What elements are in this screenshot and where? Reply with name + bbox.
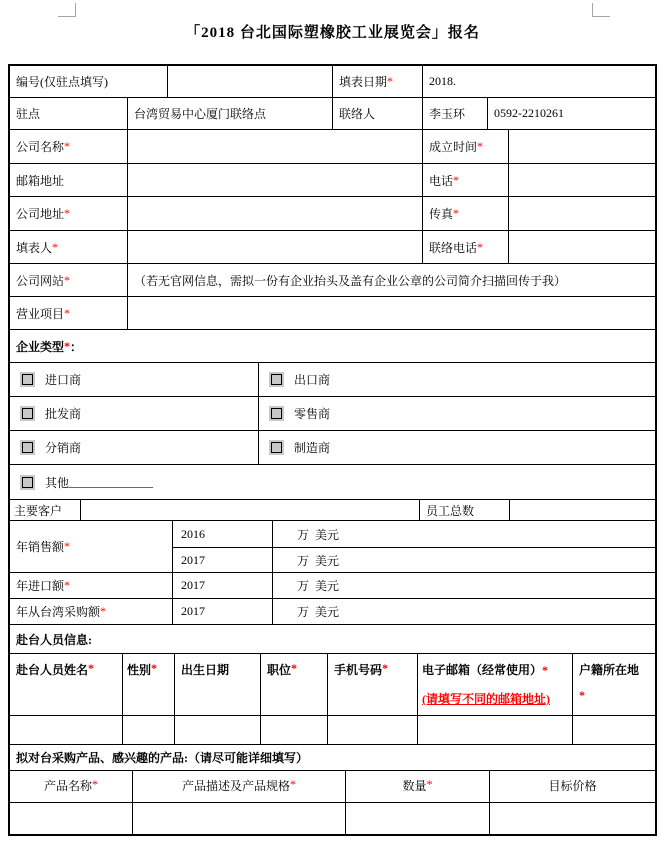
sales-2016-year-cell: 2016 [172, 521, 272, 547]
checkbox-icon [22, 477, 33, 488]
founded-input-cell[interactable] [508, 130, 655, 163]
section-label: 赴台人员信息: [16, 631, 92, 648]
option-manufacturer-cell: 制造商 [258, 431, 655, 464]
option-label: 零售商 [294, 405, 330, 422]
date-input-cell[interactable]: 2018. [422, 66, 655, 97]
header-cell-gender: 性别* [122, 654, 174, 715]
column-header: 产品描述及产品规格 [182, 777, 290, 794]
field-label: 年销售额 [16, 538, 64, 555]
serial-input-cell[interactable] [167, 66, 332, 97]
phone-label-cell: 电话* [422, 164, 508, 196]
filler-input-cell[interactable] [127, 231, 422, 263]
position-input-cell[interactable] [260, 716, 327, 744]
row-address: 公司地址* 传真* [10, 196, 655, 230]
required-asterisk: * [427, 777, 433, 792]
option-importer-cell: 进口商 [10, 363, 258, 396]
email-input-cell[interactable] [127, 164, 422, 196]
option-label: 制造商 [294, 439, 330, 456]
row-annual-sales: 年销售额* 2016 万 美元 2017 万 美元 [10, 520, 655, 572]
station-value: 台湾贸易中心厦门联络点 [134, 105, 266, 122]
website-input-cell[interactable]: （若无官网信息，需拟一份有企业抬头及盖有企业公章的公司简介扫描回传于我） [127, 264, 655, 296]
field-label: 公司网站 [16, 272, 64, 289]
checkbox-wholesaler[interactable] [20, 406, 35, 421]
sales-2017-year-cell: 2017 [172, 548, 272, 572]
station-label: 驻点 [16, 105, 40, 122]
date-value: 2018. [429, 74, 456, 89]
option-label: 分销商 [45, 439, 81, 456]
row-type-1: 进口商 出口商 [10, 362, 655, 396]
year-label: 2017 [181, 553, 205, 568]
column-header: 赴台人员姓名 [16, 661, 88, 678]
fax-input-cell[interactable] [508, 197, 655, 230]
required-asterisk: * [88, 661, 94, 676]
serial-label-cell: 编号(仅驻点填写) [10, 66, 167, 97]
birthdate-input-cell[interactable] [174, 716, 260, 744]
option-distributor-cell: 分销商 [10, 431, 258, 464]
checkbox-icon [271, 374, 282, 385]
filler-label-cell: 填表人* [10, 231, 127, 263]
field-label: 营业项目 [16, 305, 64, 322]
traveler-name-input-cell[interactable] [10, 716, 122, 744]
taiwan-label-cell: 年从台湾采购额* [10, 599, 172, 624]
margin-mark-top-left [58, 3, 76, 17]
header-cell-quantity: 数量* [345, 771, 489, 802]
contact-tel-label-cell: 联络电话* [422, 231, 508, 263]
field-label: 电话 [429, 172, 453, 189]
required-asterisk: * [64, 306, 70, 321]
section-colon: ： [70, 338, 82, 355]
row-personnel-title: 赴台人员信息: [10, 624, 655, 653]
field-label: 主要客户 [14, 502, 62, 519]
other-fill-line[interactable]: ______________ [69, 475, 153, 490]
column-header: 出生日期 [181, 661, 229, 678]
section-label: 拟对台采购产品、感兴趣的产品:（请尽可能详细填写） [16, 749, 308, 766]
row-business: 营业项目* [10, 296, 655, 329]
checkbox-exporter[interactable] [269, 372, 284, 387]
row-products-title: 拟对台采购产品、感兴趣的产品:（请尽可能详细填写） [10, 744, 655, 770]
required-asterisk: * [542, 663, 548, 677]
imports-label-cell: 年进口额* [10, 573, 172, 598]
field-label: 年从台湾采购额 [16, 603, 100, 620]
date-label-cell: 填表日期* [332, 66, 422, 97]
unit-label: 万 美元 [297, 552, 339, 569]
residence-input-cell[interactable] [572, 716, 655, 744]
required-asterisk: * [64, 578, 70, 593]
contact-tel-input-cell[interactable] [508, 231, 655, 263]
column-header: 目标价格 [548, 777, 596, 794]
address-input-cell[interactable] [127, 197, 422, 230]
checkbox-other[interactable] [20, 475, 35, 490]
year-label: 2017 [181, 604, 205, 619]
field-label: 成立时间 [429, 138, 477, 155]
contact-phone: 0592-2210261 [494, 106, 564, 121]
field-label: 年进口额 [16, 577, 64, 594]
contact-phone-cell: 0592-2210261 [487, 98, 655, 129]
station-label-cell: 驻点 [10, 98, 127, 129]
required-asterisk: * [64, 206, 70, 221]
products-title-cell: 拟对台采购产品、感兴趣的产品:（请尽可能详细填写） [10, 745, 655, 770]
required-asterisk: * [290, 777, 296, 792]
option-exporter-cell: 出口商 [258, 363, 655, 396]
imports-year-cell: 2017 [172, 573, 272, 598]
address-label-cell: 公司地址* [10, 197, 127, 230]
checkbox-importer[interactable] [20, 372, 35, 387]
header-cell-email: 电子邮箱（经常使用）* (请填写不同的邮箱地址) [417, 654, 572, 715]
row-station-contact: 驻点 台湾贸易中心厦门联络点 联络人 李玉环 0592-2210261 [10, 97, 655, 129]
field-label: 邮箱地址 [16, 172, 64, 189]
column-header: 手机号码 [334, 661, 382, 678]
field-label: 公司名称 [16, 138, 64, 155]
unit-label: 万 美元 [297, 577, 339, 594]
row-website: 公司网站* （若无官网信息，需拟一份有企业抬头及盖有企业公章的公司简介扫描回传于… [10, 263, 655, 296]
company-type-header-cell: 企业类型*： [10, 330, 655, 362]
staff-input-cell[interactable] [509, 500, 655, 520]
contact-label-cell: 联络人 [332, 98, 422, 129]
business-input-cell[interactable] [127, 297, 655, 329]
email-input-cell-2[interactable] [417, 716, 572, 744]
header-cell-product-spec: 产品描述及产品规格* [132, 771, 345, 802]
product-spec-input-cell[interactable] [132, 803, 345, 834]
row-email: 邮箱地址 电话* [10, 163, 655, 196]
header-cell-position: 职位* [260, 654, 327, 715]
column-header: 电子邮箱（经常使用） [422, 663, 542, 677]
option-label: 进口商 [45, 371, 81, 388]
taiwan-year-cell: 2017 [172, 599, 272, 624]
sales-2017-row: 2017 万 美元 [172, 547, 655, 572]
row-taiwan-purchases: 年从台湾采购额* 2017 万 美元 [10, 598, 655, 624]
fax-label-cell: 传真* [422, 197, 508, 230]
field-label: 填表人 [16, 239, 52, 256]
email-note: (请填写不同的邮箱地址) [422, 690, 550, 707]
required-asterisk: * [52, 240, 58, 255]
business-label-cell: 营业项目* [10, 297, 127, 329]
unit-label: 万 美元 [297, 603, 339, 620]
sales-2017-amount-cell[interactable]: 万 美元 [272, 548, 655, 572]
sales-2016-amount-cell[interactable]: 万 美元 [272, 521, 655, 547]
date-label: 填表日期 [339, 73, 387, 90]
sales-2016-row: 2016 万 美元 [172, 521, 655, 547]
checkbox-distributor[interactable] [20, 440, 35, 455]
section-label: 企业类型 [16, 338, 64, 355]
website-note: （若无官网信息，需拟一份有企业抬头及盖有企业公章的公司简介扫描回传于我） [134, 272, 566, 289]
row-products-data [10, 802, 655, 834]
checkbox-retailer[interactable] [269, 406, 284, 421]
row-company-name: 公司名称* 成立时间* [10, 129, 655, 163]
column-header: 数量 [402, 777, 426, 794]
column-header: 职位 [267, 661, 291, 678]
personnel-title-cell: 赴台人员信息: [10, 625, 655, 653]
customers-label-cell: 主要客户 [10, 500, 80, 520]
document-page: 「2018 台北国际塑橡胶工业展览会」报名 编号(仅驻点填写) 填表日期* 20… [0, 0, 665, 843]
column-header: 性别 [127, 661, 151, 678]
header-cell-mobile: 手机号码* [327, 654, 417, 715]
form-title: 「2018 台北国际塑橡胶工业展览会」报名 [0, 21, 665, 42]
product-name-input-cell[interactable] [10, 803, 132, 834]
row-personnel-header: 赴台人员姓名* 性别* 出生日期 职位* 手机号码* 电子邮箱（经常使用）* (… [10, 653, 655, 715]
required-asterisk: * [579, 688, 585, 703]
required-asterisk: * [291, 661, 297, 676]
checkbox-icon [271, 442, 282, 453]
field-label: 联络电话 [429, 239, 477, 256]
contact-label: 联络人 [339, 105, 375, 122]
sales-label-cell: 年销售额* [10, 521, 172, 572]
company-name-label-cell: 公司名称* [10, 130, 127, 163]
required-asterisk: * [387, 74, 393, 89]
required-asterisk: * [382, 661, 388, 676]
required-asterisk: * [453, 206, 459, 221]
field-label: 公司地址 [16, 205, 64, 222]
gender-input-cell[interactable] [122, 716, 174, 744]
year-label: 2016 [181, 527, 205, 542]
taiwan-amount-cell[interactable]: 万 美元 [272, 599, 655, 624]
option-label: 批发商 [45, 405, 81, 422]
website-label-cell: 公司网站* [10, 264, 127, 296]
checkbox-manufacturer[interactable] [269, 440, 284, 455]
required-asterisk: * [64, 139, 70, 154]
option-label: 其他 [45, 474, 69, 491]
option-wholesaler-cell: 批发商 [10, 397, 258, 430]
checkbox-icon [22, 442, 33, 453]
field-label: 员工总数 [426, 502, 474, 519]
contact-name: 李玉环 [429, 105, 465, 122]
target-price-input-cell[interactable] [489, 803, 655, 834]
founded-label-cell: 成立时间* [422, 130, 508, 163]
phone-input-cell[interactable] [508, 164, 655, 196]
required-asterisk: * [477, 240, 483, 255]
column-header: 产品名称 [44, 777, 92, 794]
station-value-cell: 台湾贸易中心厦门联络点 [127, 98, 332, 129]
row-type-2: 批发商 零售商 [10, 396, 655, 430]
row-filler: 填表人* 联络电话* [10, 230, 655, 263]
row-customers-staff: 主要客户 员工总数 [10, 499, 655, 520]
required-asterisk: * [100, 604, 106, 619]
required-asterisk: * [151, 661, 157, 676]
header-cell-product-name: 产品名称* [10, 771, 132, 802]
option-other-cell: 其他______________ [10, 465, 655, 499]
row-annual-imports: 年进口额* 2017 万 美元 [10, 572, 655, 598]
field-label: 传真 [429, 205, 453, 222]
email-label-cell: 邮箱地址 [10, 164, 127, 196]
company-name-input-cell[interactable] [127, 130, 422, 163]
required-asterisk: * [92, 777, 98, 792]
header-cell-target-price: 目标价格 [489, 771, 655, 802]
required-asterisk: * [453, 173, 459, 188]
row-type-3: 分销商 制造商 [10, 430, 655, 464]
registration-form-table: 编号(仅驻点填写) 填表日期* 2018. 驻点 台湾贸易中心厦门联络点 联络人… [8, 64, 657, 836]
row-serial-date: 编号(仅驻点填写) 填表日期* 2018. [10, 66, 655, 97]
header-cell-birthdate: 出生日期 [174, 654, 260, 715]
header-cell-traveler-name: 赴台人员姓名* [10, 654, 122, 715]
required-asterisk: * [477, 139, 483, 154]
option-retailer-cell: 零售商 [258, 397, 655, 430]
mobile-input-cell[interactable] [327, 716, 417, 744]
checkbox-icon [271, 408, 282, 419]
option-label: 出口商 [294, 371, 330, 388]
quantity-input-cell[interactable] [345, 803, 489, 834]
header-cell-residence: 户籍所在地 * [572, 654, 655, 715]
row-products-header: 产品名称* 产品描述及产品规格* 数量* 目标价格 [10, 770, 655, 802]
sales-subtable: 2016 万 美元 2017 万 美元 [172, 521, 655, 572]
year-label: 2017 [181, 578, 205, 593]
checkbox-icon [22, 408, 33, 419]
margin-mark-top-right [592, 3, 610, 17]
imports-amount-cell[interactable]: 万 美元 [272, 573, 655, 598]
unit-label: 万 美元 [297, 526, 339, 543]
row-type-other: 其他______________ [10, 464, 655, 499]
email-header-line: 电子邮箱（经常使用）* [422, 661, 548, 678]
staff-label-cell: 员工总数 [419, 500, 509, 520]
required-asterisk: * [64, 539, 70, 554]
serial-label: 编号(仅驻点填写) [16, 73, 108, 90]
row-personnel-data [10, 715, 655, 744]
customers-input-cell[interactable] [80, 500, 419, 520]
required-asterisk: * [64, 273, 70, 288]
contact-name-cell: 李玉环 [422, 98, 487, 129]
checkbox-icon [22, 374, 33, 385]
row-company-type-header: 企业类型*： [10, 329, 655, 362]
column-header: 户籍所在地 [579, 661, 639, 678]
